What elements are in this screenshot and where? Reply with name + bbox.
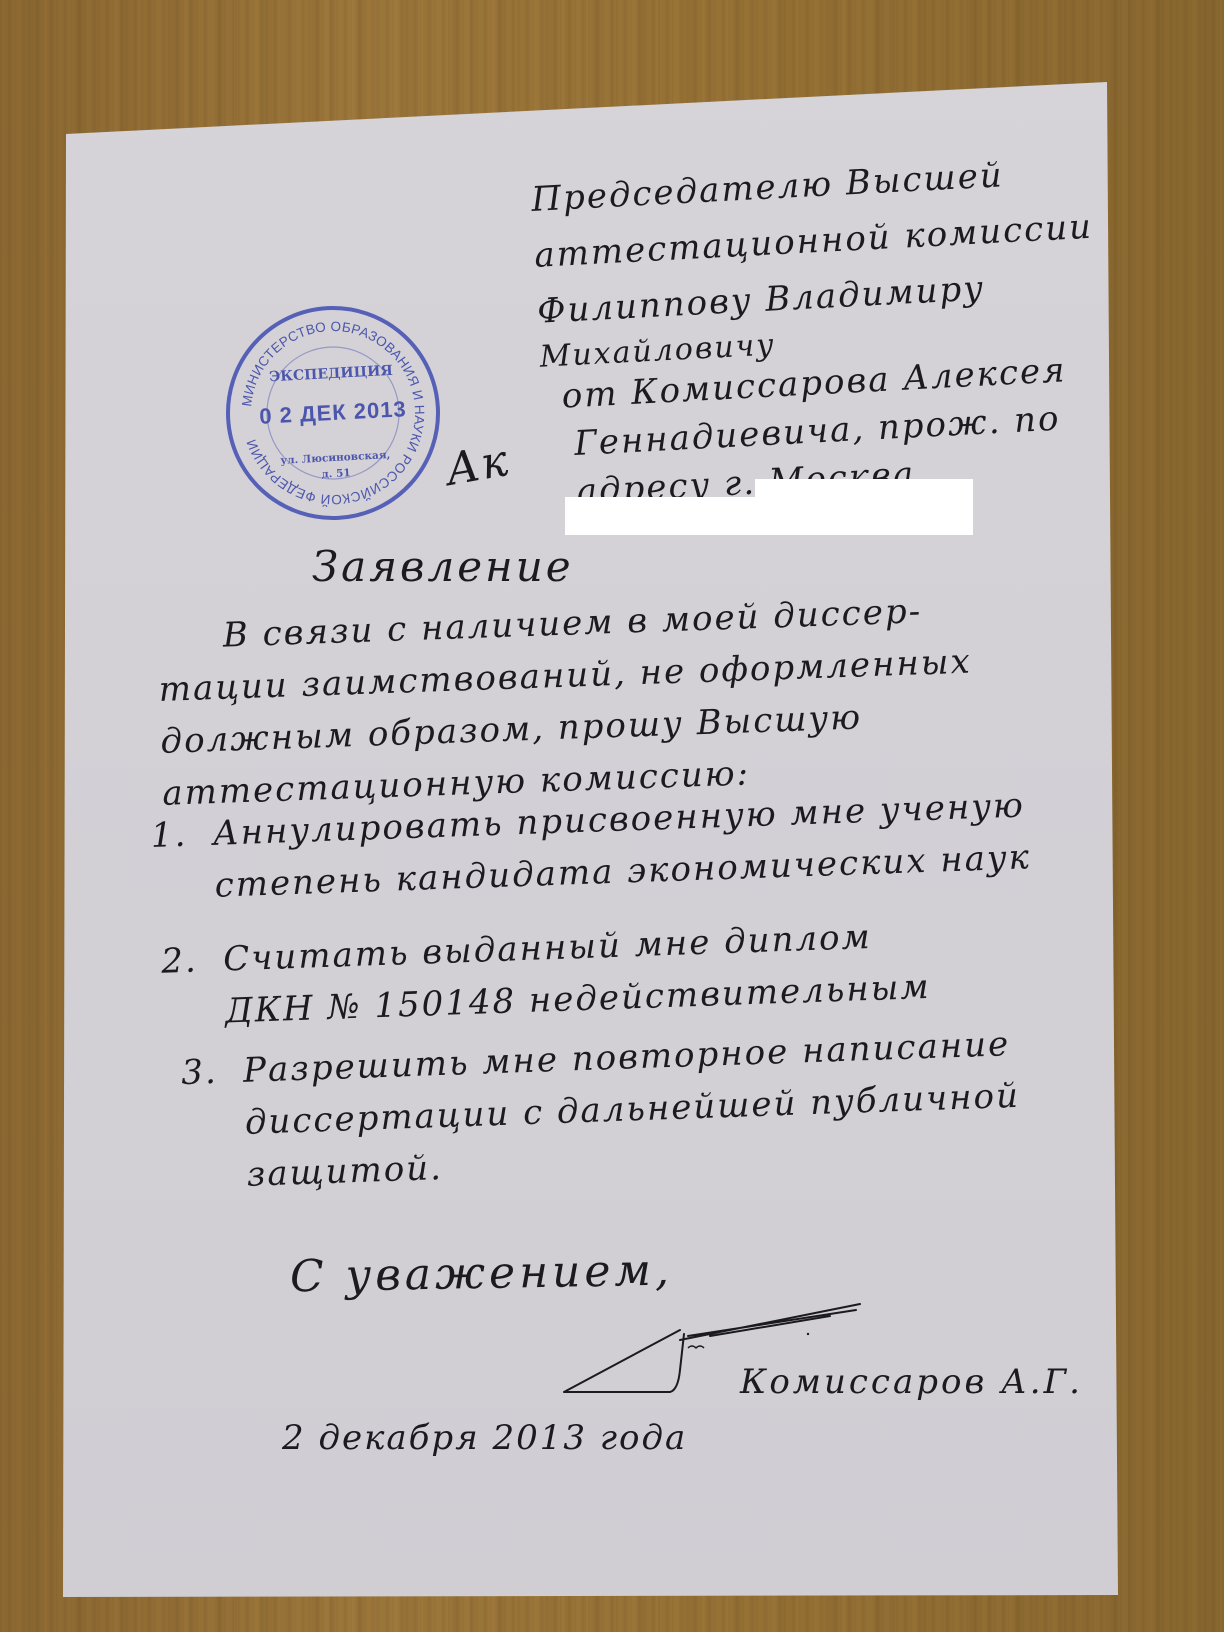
document-heading: Заявление (312, 542, 574, 591)
redaction-box (565, 497, 973, 535)
list-number: 1. (150, 808, 216, 914)
list-item: 2. Считать выданный мне диплом ДКН № 150… (154, 905, 1036, 1040)
closing-phrase: С уважением, (290, 1245, 674, 1303)
list-number: 2. (160, 934, 226, 1040)
registration-stamp: МИНИСТЕРСТВО ОБРАЗОВАНИЯ И НАУКИ РОССИЙС… (221, 301, 446, 526)
document-date: 2 декабря 2013 года (282, 1418, 687, 1458)
list-item: 3. Разрешить мне повторное написание дис… (158, 1017, 1042, 1204)
list-number: 3. (180, 1045, 247, 1203)
requests-list: 1. Аннулировать присвоенную мне ученую с… (150, 779, 1043, 1225)
receipt-initials: Ак (442, 435, 513, 496)
addressee-block: Председателю Высшей аттестационной комис… (530, 143, 1107, 522)
signer-name: Комиссаров А.Г. (740, 1362, 1083, 1402)
